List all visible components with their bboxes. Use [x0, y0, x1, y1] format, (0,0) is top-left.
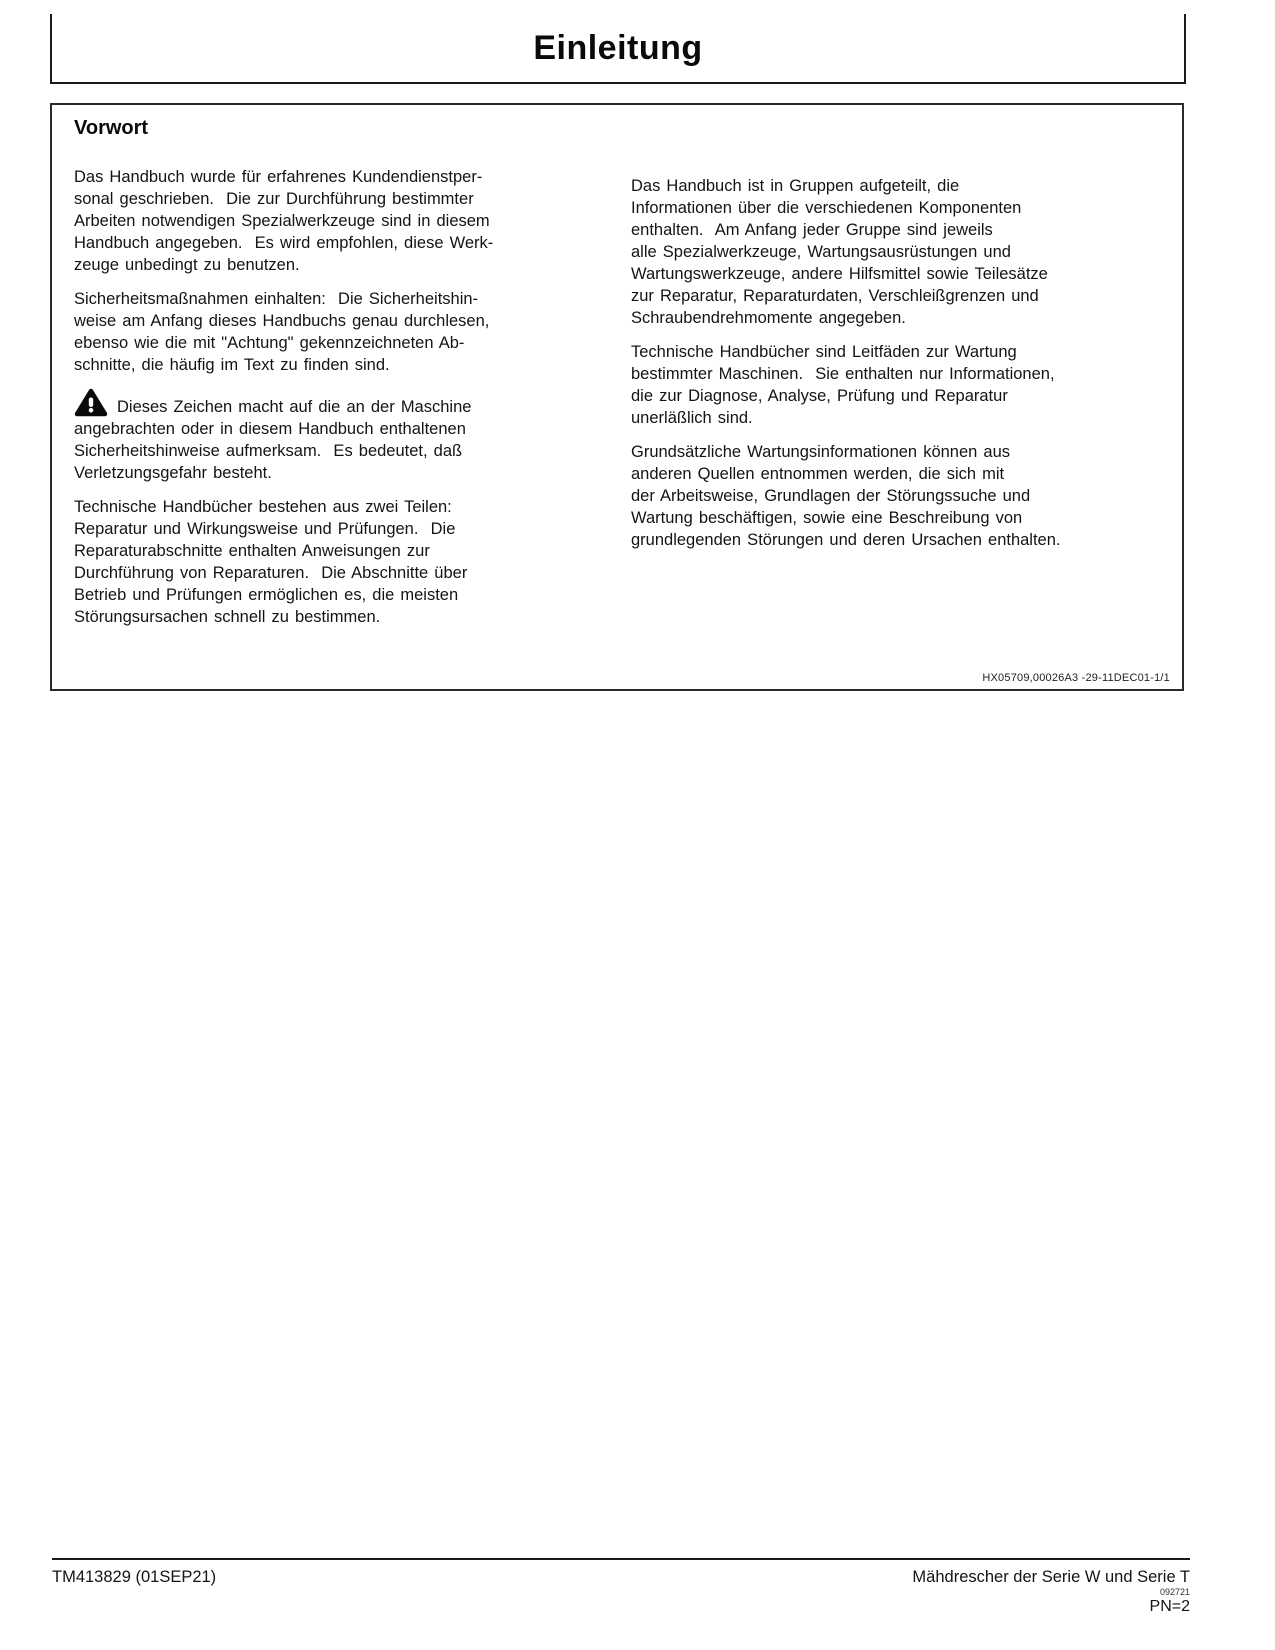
left-column: Das Handbuch wurde für erfahrenes Kunden…	[74, 166, 589, 640]
footer-page-number: PN=2	[1150, 1598, 1190, 1616]
paragraph: Technische Handbücher bestehen aus zwei …	[74, 496, 589, 628]
two-column-layout: Das Handbuch wurde für erfahrenes Kunden…	[74, 166, 1160, 640]
right-column: Das Handbuch ist in Gruppen aufgeteilt, …	[631, 166, 1146, 640]
footer-rule	[52, 1558, 1190, 1560]
paragraph-text: Das Handbuch wurde für erfahrenes Kunden…	[74, 168, 493, 274]
paragraph-with-safety-icon: Dieses Zeichen macht auf die an der Masc…	[74, 388, 589, 484]
footer-series-title: Mähdrescher der Serie W und Serie T	[912, 1568, 1190, 1587]
page-header: Einleitung	[50, 14, 1186, 84]
section-heading: Vorwort	[74, 117, 1160, 140]
paragraph-text: Sicherheitsmaßnahmen einhalten: Die Sich…	[74, 290, 489, 374]
vorwort-section: Vorwort Das Handbuch wurde für erfahrene…	[50, 103, 1184, 691]
footer-print-code: 092721	[1160, 1587, 1190, 1597]
paragraph: Das Handbuch ist in Gruppen aufgeteilt, …	[631, 175, 1146, 329]
paragraph-text: Dieses Zeichen macht auf die an der Masc…	[74, 398, 471, 482]
manual-page: Einleitung Vorwort Das Handbuch wurde fü…	[0, 0, 1275, 1650]
reference-code: HX05709,00026A3 -29-11DEC01-1/1	[982, 672, 1170, 684]
paragraph-text: Technische Handbücher bestehen aus zwei …	[74, 498, 467, 626]
paragraph-text: Technische Handbücher sind Leitfäden zur…	[631, 343, 1055, 427]
paragraph-text: Grundsätzliche Wartungsinformationen kön…	[631, 443, 1061, 549]
footer-document-number: TM413829 (01SEP21)	[52, 1568, 216, 1587]
page-title: Einleitung	[533, 29, 702, 68]
safety-alert-icon	[74, 388, 108, 417]
paragraph: Grundsätzliche Wartungsinformationen kön…	[631, 441, 1146, 551]
paragraph: Sicherheitsmaßnahmen einhalten: Die Sich…	[74, 288, 589, 376]
paragraph-text: Das Handbuch ist in Gruppen aufgeteilt, …	[631, 177, 1048, 327]
paragraph: Technische Handbücher sind Leitfäden zur…	[631, 341, 1146, 429]
paragraph: Das Handbuch wurde für erfahrenes Kunden…	[74, 166, 589, 276]
